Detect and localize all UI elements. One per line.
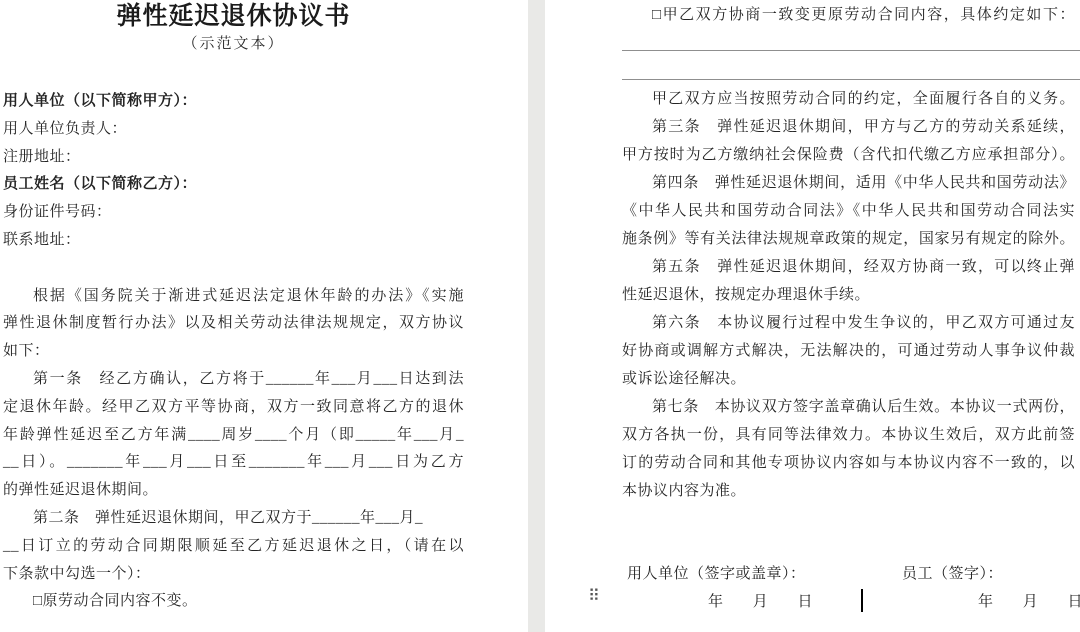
text-line[interactable]: 或诉讼途径解决。: [622, 365, 1075, 393]
document-page-right[interactable]: □甲乙双方协商一致变更原劳动合同内容，具体约定如下：甲乙双方应当按照劳动合同的约…: [545, 0, 1080, 632]
document-page-left[interactable]: 弹性延迟退休协议书 （示范文本） 用人单位（以下简称甲方）：用人单位负责人：注册…: [0, 0, 528, 632]
blank-fill-line[interactable]: [622, 50, 1080, 51]
checkbox-option-unchanged-contract[interactable]: □原劳动合同内容不变。: [3, 588, 464, 616]
document-title: 弹性延迟退休协议书: [3, 2, 464, 32]
right-page-body: □甲乙双方协商一致变更原劳动合同内容，具体约定如下：甲乙双方应当按照劳动合同的约…: [545, 0, 1080, 505]
text-line[interactable]: 甲方按时为乙方缴纳社会保险费（含代扣代缴乙方应承担部分）。: [622, 141, 1075, 169]
paragraph-drag-handle-icon[interactable]: ⠿: [588, 587, 602, 605]
text-line[interactable]: 第三条 弹性延迟退休期间，甲方与乙方的劳动关系延续，: [622, 113, 1075, 141]
text-line[interactable]: 第五条 弹性延迟退休期间，经双方协商一致，可以终止弹: [622, 253, 1075, 281]
text-line[interactable]: 用人单位负责人：: [3, 116, 464, 144]
text-line[interactable]: 定退休年龄。经甲乙双方平等协商，双方一致同意将乙方的退休: [3, 394, 464, 422]
document-subtitle: （示范文本）: [3, 32, 464, 56]
text-line[interactable]: 根据《国务院关于渐进式延迟法定退休年龄的办法》《实施: [3, 283, 464, 311]
signature-employee-label[interactable]: 员工（签字）：: [902, 560, 1003, 588]
text-line[interactable]: 第七条 本协议双方签字盖章确认后生效。本协议一式两份，: [622, 393, 1075, 421]
signature-date-employer[interactable]: 年 月 日: [708, 588, 813, 616]
page-gap-divider: [528, 0, 545, 632]
text-line[interactable]: 弹性退休制度暂行办法》以及相关劳动法律法规规定，双方协议: [3, 310, 464, 338]
blank-fill-line[interactable]: [622, 79, 1080, 80]
empty-line[interactable]: [622, 29, 1075, 57]
text-line[interactable]: __日）。_______年___月___日至_______年___月___日为乙…: [3, 449, 464, 477]
text-line[interactable]: 第一条 经乙方确认，乙方将于______年___月___日达到法: [3, 366, 464, 394]
text-line[interactable]: 第二条 弹性延迟退休期间，甲乙双方于______年___月_: [3, 505, 464, 533]
text-line[interactable]: 身份证件号码：: [3, 199, 464, 227]
empty-line[interactable]: [622, 57, 1075, 85]
signature-employer-label[interactable]: 用人单位（签字或盖章）：: [627, 560, 806, 588]
text-line[interactable]: 年龄弹性延迟至乙方年满____周岁____个月（即_____年___月_: [3, 422, 464, 450]
left-page-body: 用人单位（以下简称甲方）：用人单位负责人：注册地址：员工姓名（以下简称乙方）：身…: [3, 88, 464, 616]
text-line[interactable]: 第四条 弹性延迟退休期间，适用《中华人民共和国劳动法》: [622, 169, 1075, 197]
text-line[interactable]: 施条例》等有关法律法规规章政策的规定，国家另有规定的除外。: [622, 225, 1075, 253]
document-editor-canvas: { "colors": { "page_background": "#fffff…: [0, 0, 1080, 632]
text-line[interactable]: 的弹性延迟退休期间。: [3, 477, 464, 505]
text-line[interactable]: 双方各执一份，具有同等法律效力。本协议生效后，双方此前签: [622, 421, 1075, 449]
text-line[interactable]: 性延迟退休，按规定办理退休手续。: [622, 281, 1075, 309]
text-line[interactable]: 员工姓名（以下简称乙方）：: [3, 171, 464, 199]
text-line[interactable]: 联系地址：: [3, 227, 464, 255]
text-line[interactable]: 下条款中勾选一个）：: [3, 561, 464, 589]
text-cursor-caret: [861, 589, 863, 612]
empty-line[interactable]: [3, 255, 464, 283]
text-line[interactable]: 本协议内容为准。: [622, 477, 1075, 505]
text-line[interactable]: 《中华人民共和国劳动合同法》《中华人民共和国劳动合同法实: [622, 197, 1075, 225]
signature-date-employee[interactable]: 年 月 日: [978, 588, 1080, 616]
text-line[interactable]: 注册地址：: [3, 144, 464, 172]
checkbox-option-modified-contract[interactable]: □甲乙双方协商一致变更原劳动合同内容，具体约定如下：: [622, 1, 1075, 29]
text-line[interactable]: 甲乙双方应当按照劳动合同的约定，全面履行各自的义务。: [622, 85, 1075, 113]
text-line[interactable]: 用人单位（以下简称甲方）：: [3, 88, 464, 116]
text-line[interactable]: 好协商或调解方式解决，无法解决的，可通过劳动人事争议仲裁: [622, 337, 1075, 365]
text-line[interactable]: 如下：: [3, 338, 464, 366]
text-line[interactable]: __日订立的劳动合同期限顺延至乙方延迟退休之日，（请在以: [3, 533, 464, 561]
text-line[interactable]: 订的劳动合同和其他专项协议内容如与本协议内容不一致的，以: [622, 449, 1075, 477]
text-line[interactable]: 第六条 本协议履行过程中发生争议的，甲乙双方可通过友: [622, 309, 1075, 337]
